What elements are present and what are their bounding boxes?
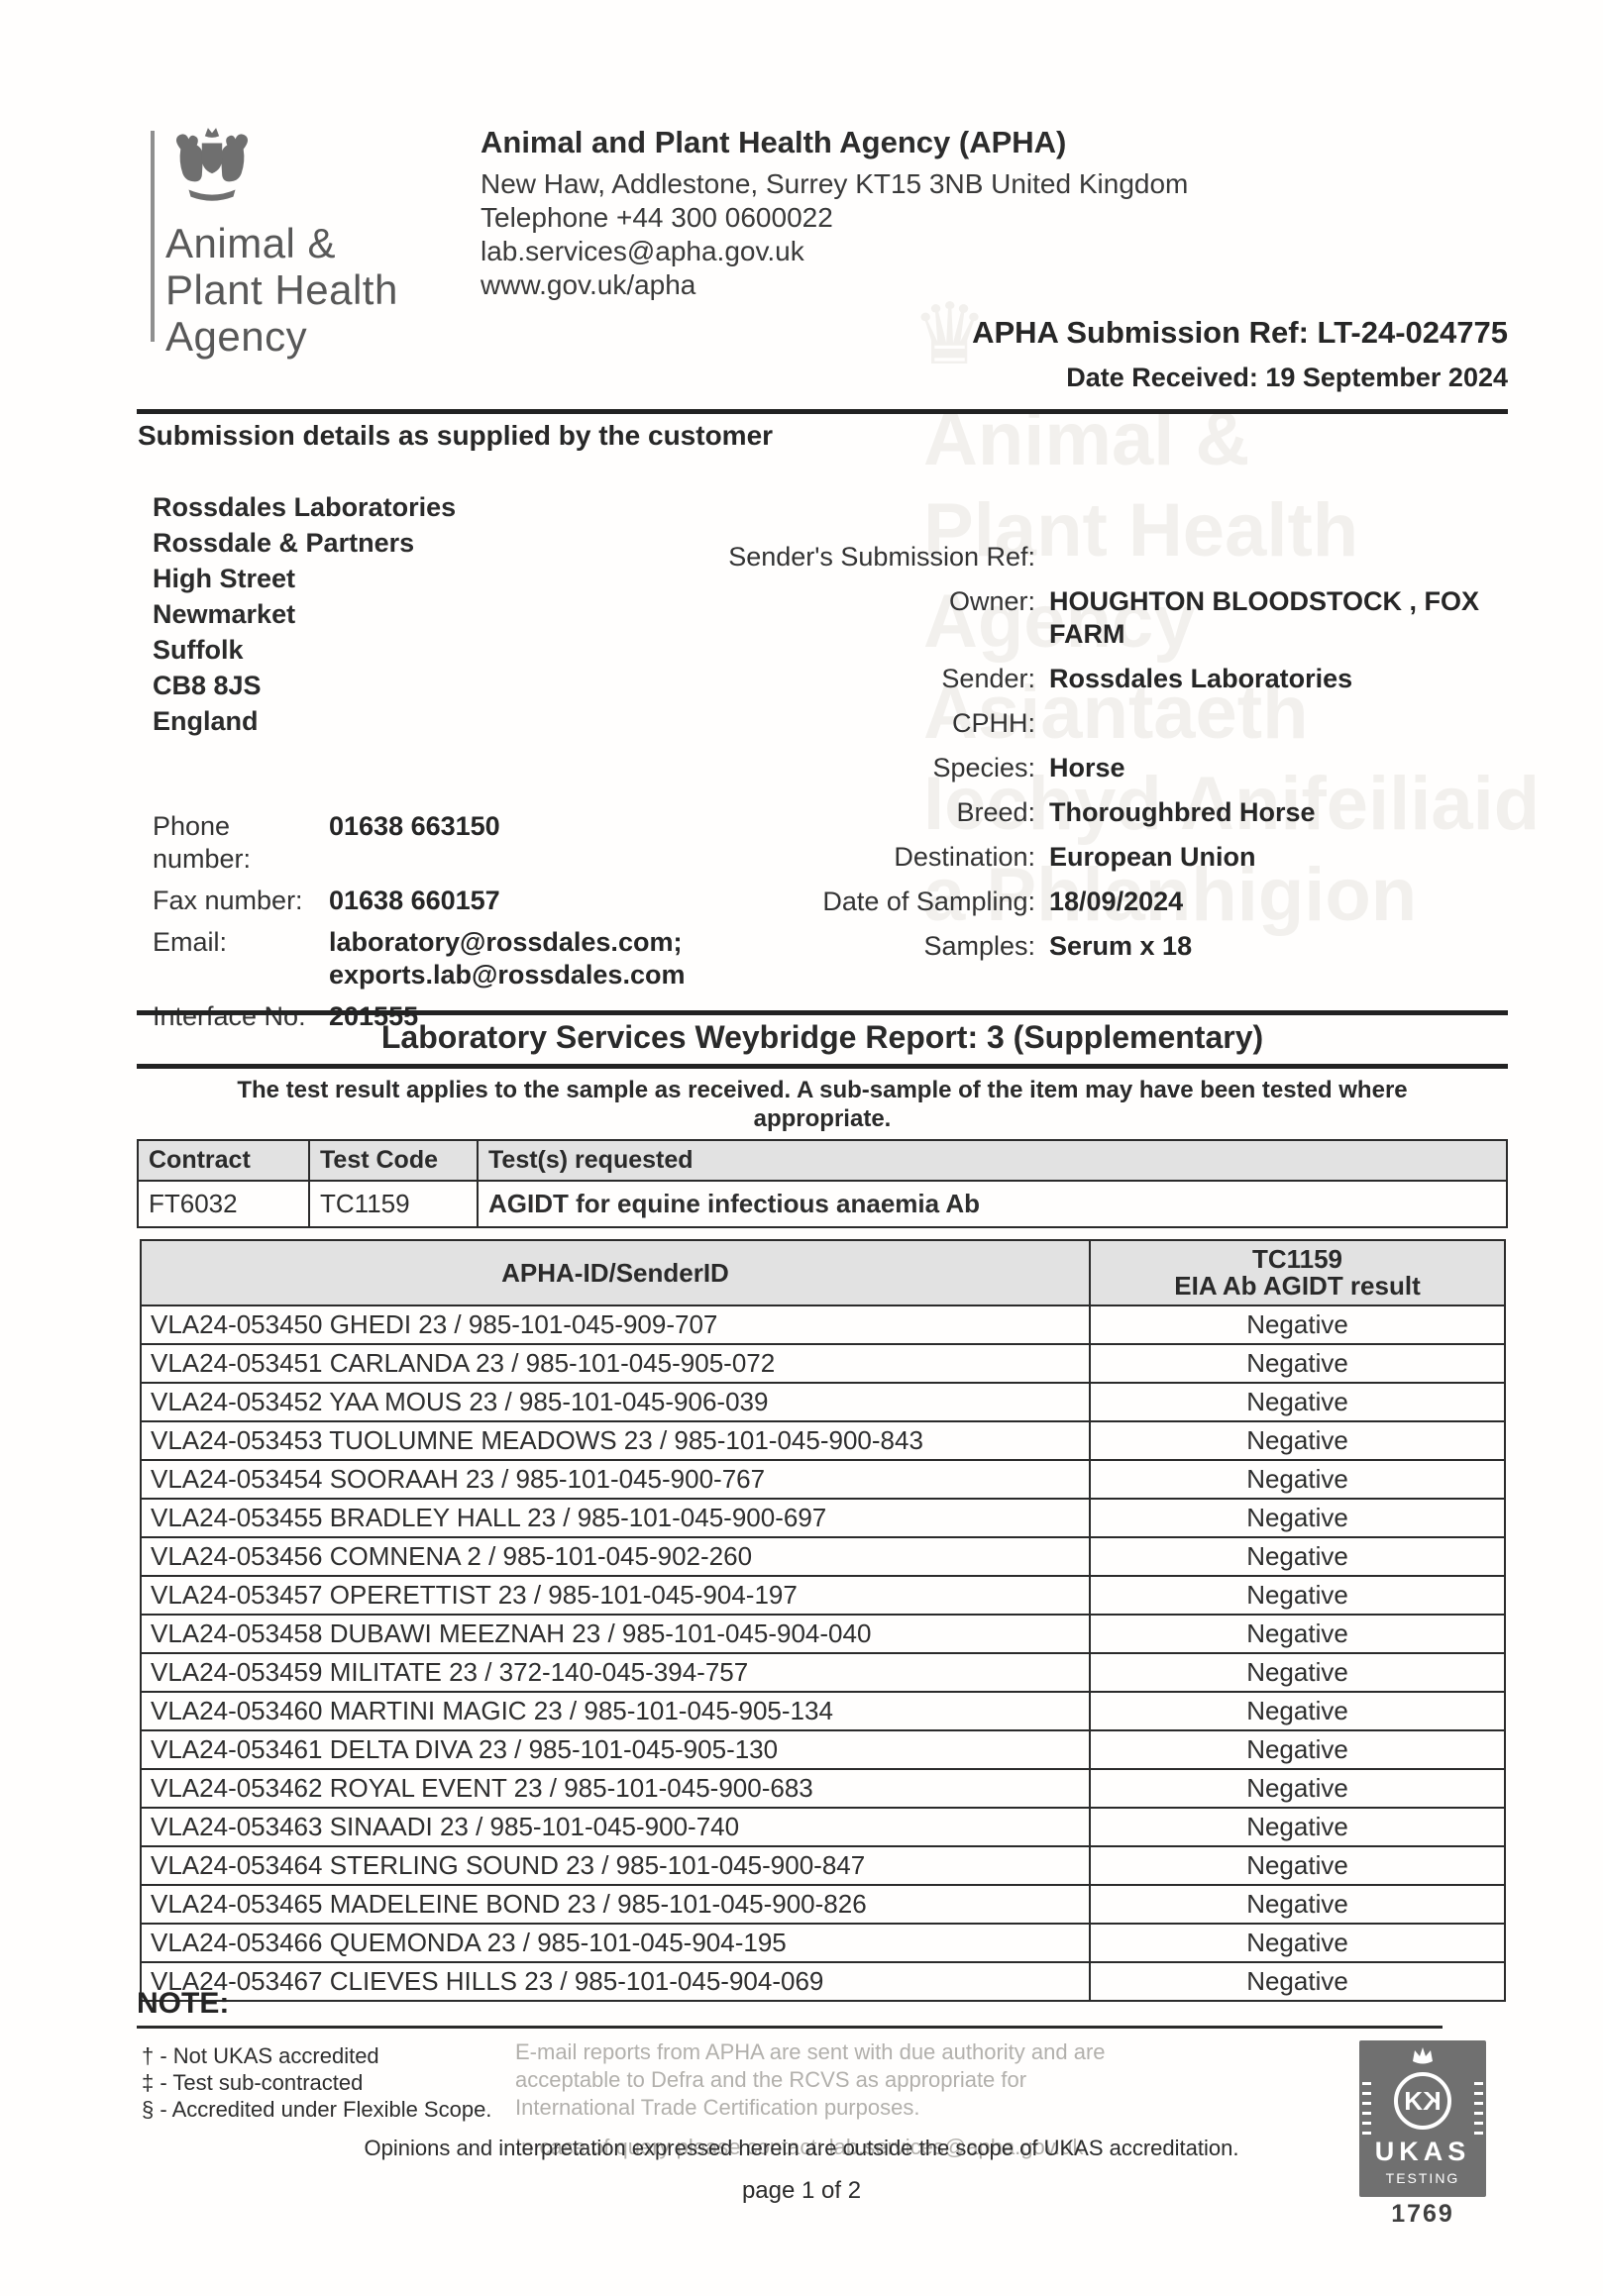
contact-label: Email: <box>153 926 329 991</box>
logo-wordmark-line: Plant Health <box>165 266 398 313</box>
test-code-header: Test Code <box>309 1140 478 1181</box>
submission-section-title: Submission details as supplied by the cu… <box>138 420 773 452</box>
result-row: VLA24-053467 CLIEVES HILLS 23 / 985-101-… <box>141 1962 1505 2001</box>
tests-table-row: FT6032 TC1159 AGIDT for equine infectiou… <box>138 1181 1507 1227</box>
footnote-line: † - Not UKAS accredited <box>142 2042 491 2069</box>
horizontal-rule <box>137 2026 1443 2029</box>
result-row: VLA24-053461 DELTA DIVA 23 / 985-101-045… <box>141 1730 1505 1769</box>
sample-id: VLA24-053455 BRADLEY HALL 23 / 985-101-0… <box>141 1499 1090 1537</box>
detail-row: Date of Sampling: 18/09/2024 <box>535 886 1511 918</box>
result-column-header: TC1159 EIA Ab AGIDT result <box>1090 1240 1505 1305</box>
submission-ref-block: APHA Submission Ref: LT-24-024775 Date R… <box>972 315 1508 393</box>
customer-address-line: Rossdale & Partners <box>153 525 456 561</box>
ukas-mark-icon: K K <box>1392 2070 1453 2137</box>
results-table: APHA-ID/SenderID TC1159 EIA Ab AGIDT res… <box>140 1239 1506 2002</box>
sample-result: Negative <box>1090 1653 1505 1692</box>
customer-address-line: High Street <box>153 561 456 596</box>
logo-divider-bar <box>151 131 155 342</box>
agency-title: Animal and Plant Health Agency (APHA) <box>481 125 1188 160</box>
horizontal-rule <box>137 1010 1508 1015</box>
result-row: VLA24-053462 ROYAL EVENT 23 / 985-101-04… <box>141 1769 1505 1808</box>
ukas-tick-marks <box>1474 2082 1483 2138</box>
results-header-row: APHA-ID/SenderID TC1159 EIA Ab AGIDT res… <box>141 1240 1505 1305</box>
detail-row: Sender: Rossdales Laboratories <box>535 663 1511 695</box>
result-row: VLA24-053454 SOORAAH 23 / 985-101-045-90… <box>141 1460 1505 1499</box>
sample-result: Negative <box>1090 1692 1505 1730</box>
sample-id: VLA24-053451 CARLANDA 23 / 985-101-045-9… <box>141 1344 1090 1383</box>
sample-result: Negative <box>1090 1499 1505 1537</box>
detail-label: Samples: <box>535 930 1049 963</box>
contract-header: Contract <box>138 1140 309 1181</box>
sample-id: VLA24-053463 SINAADI 23 / 985-101-045-90… <box>141 1808 1090 1846</box>
footnotes: † - Not UKAS accredited‡ - Test sub-cont… <box>142 2042 491 2123</box>
detail-label: Owner: <box>535 585 1049 651</box>
footnote-line: § - Accredited under Flexible Scope. <box>142 2096 491 2123</box>
detail-value <box>1049 707 1495 740</box>
detail-value <box>1049 541 1495 574</box>
ukas-crown-icon <box>1359 2045 1486 2072</box>
sample-result: Negative <box>1090 1576 1505 1615</box>
customer-address-line: Rossdales Laboratories <box>153 489 456 525</box>
note-heading: NOTE: <box>137 1987 229 2021</box>
detail-label: Date of Sampling: <box>535 886 1049 918</box>
result-row: VLA24-053464 STERLING SOUND 23 / 985-101… <box>141 1846 1505 1885</box>
detail-value: HOUGHTON BLOODSTOCK , FOX FARM <box>1049 585 1495 651</box>
agency-email: lab.services@apha.gov.uk <box>481 235 1188 268</box>
lab-report-page: ♛ Animal &Plant HealthAgencyAsiantaethIe… <box>0 0 1603 2296</box>
result-row: VLA24-053453 TUOLUMNE MEADOWS 23 / 985-1… <box>141 1421 1505 1460</box>
detail-value: Serum x 18 <box>1049 930 1495 963</box>
result-row: VLA24-053458 DUBAWI MEEZNAH 23 / 985-101… <box>141 1615 1505 1653</box>
result-row: VLA24-053460 MARTINI MAGIC 23 / 985-101-… <box>141 1692 1505 1730</box>
sample-id: VLA24-053466 QUEMONDA 23 / 985-101-045-9… <box>141 1924 1090 1962</box>
detail-label: Sender: <box>535 663 1049 695</box>
detail-row: Owner: HOUGHTON BLOODSTOCK , FOX FARM <box>535 585 1511 651</box>
contact-label: Phone number: <box>153 810 329 876</box>
detail-value: European Union <box>1049 841 1495 874</box>
sample-id: VLA24-053458 DUBAWI MEEZNAH 23 / 985-101… <box>141 1615 1090 1653</box>
date-received: Date Received: 19 September 2024 <box>972 363 1508 393</box>
detail-row: CPHH: <box>535 707 1511 740</box>
contract-value: FT6032 <box>138 1181 309 1227</box>
ukas-logo: K K UKAS TESTING <box>1359 2040 1486 2197</box>
detail-label: Sender's Submission Ref: <box>535 541 1049 574</box>
horizontal-rule <box>137 409 1508 414</box>
sample-id: VLA24-053456 COMNENA 2 / 985-101-045-902… <box>141 1537 1090 1576</box>
sample-id: VLA24-053462 ROYAL EVENT 23 / 985-101-04… <box>141 1769 1090 1808</box>
result-row: VLA24-053451 CARLANDA 23 / 985-101-045-9… <box>141 1344 1505 1383</box>
detail-value: Rossdales Laboratories <box>1049 663 1495 695</box>
watermark-line: Animal & <box>923 394 1540 485</box>
contact-value: 01638 660157 <box>329 885 500 917</box>
royal-crest-icon <box>166 127 258 211</box>
sample-result: Negative <box>1090 1924 1505 1962</box>
sample-id: VLA24-053464 STERLING SOUND 23 / 985-101… <box>141 1846 1090 1885</box>
detail-label: Species: <box>535 752 1049 784</box>
horizontal-rule <box>137 1064 1508 1069</box>
detail-row: Sender's Submission Ref: <box>535 541 1511 574</box>
customer-address-line: Newmarket <box>153 596 456 632</box>
ukas-acronym: UKAS <box>1359 2137 1486 2167</box>
email-notice-paragraph: E-mail reports from APHA are sent with d… <box>515 2038 1149 2122</box>
detail-label: Destination: <box>535 841 1049 874</box>
contact-label: Fax number: <box>153 885 329 917</box>
sample-result: Negative <box>1090 1769 1505 1808</box>
sample-result: Negative <box>1090 1615 1505 1653</box>
result-row: VLA24-053459 MILITATE 23 / 372-140-045-3… <box>141 1653 1505 1692</box>
detail-row: Breed: Thoroughbred Horse <box>535 796 1511 829</box>
customer-address-line: CB8 8JS <box>153 668 456 703</box>
sample-id: VLA24-053457 OPERETTIST 23 / 985-101-045… <box>141 1576 1090 1615</box>
result-row: VLA24-053463 SINAADI 23 / 985-101-045-90… <box>141 1808 1505 1846</box>
result-row: VLA24-053455 BRADLEY HALL 23 / 985-101-0… <box>141 1499 1505 1537</box>
ukas-testing-label: TESTING <box>1359 2170 1486 2186</box>
detail-label: CPHH: <box>535 707 1049 740</box>
sample-id: VLA24-053465 MADELEINE BOND 23 / 985-101… <box>141 1885 1090 1924</box>
customer-address-line: England <box>153 703 456 739</box>
sample-id: VLA24-053461 DELTA DIVA 23 / 985-101-045… <box>141 1730 1090 1769</box>
sample-result: Negative <box>1090 1808 1505 1846</box>
sample-result: Negative <box>1090 1383 1505 1421</box>
ukas-tick-marks <box>1362 2082 1371 2138</box>
logo-wordmark-line: Animal & <box>165 220 398 266</box>
detail-row: Species: Horse <box>535 752 1511 784</box>
result-row: VLA24-053450 GHEDI 23 / 985-101-045-909-… <box>141 1305 1505 1344</box>
sample-result: Negative <box>1090 1421 1505 1460</box>
agency-website: www.gov.uk/apha <box>481 268 1188 302</box>
detail-row: Destination: European Union <box>535 841 1511 874</box>
sample-result: Negative <box>1090 1885 1505 1924</box>
sample-id: VLA24-053454 SOORAAH 23 / 985-101-045-90… <box>141 1460 1090 1499</box>
ukas-accreditation-number: 1769 <box>1359 2200 1486 2229</box>
agency-contact-block: Animal and Plant Health Agency (APHA) Ne… <box>481 125 1188 302</box>
test-name-value: AGIDT for equine infectious anaemia Ab <box>478 1181 1507 1227</box>
result-row: VLA24-053457 OPERETTIST 23 / 985-101-045… <box>141 1576 1505 1615</box>
result-row: VLA24-053456 COMNENA 2 / 985-101-045-902… <box>141 1537 1505 1576</box>
result-header-test-name: EIA Ab AGIDT result <box>1095 1273 1500 1300</box>
detail-value: Thoroughbred Horse <box>1049 796 1495 829</box>
detail-value: Horse <box>1049 752 1495 784</box>
agency-telephone: Telephone +44 300 0600022 <box>481 201 1188 235</box>
result-row: VLA24-053452 YAA MOUS 23 / 985-101-045-9… <box>141 1383 1505 1421</box>
detail-value: 18/09/2024 <box>1049 886 1495 918</box>
report-title: Laboratory Services Weybridge Report: 3 … <box>137 1019 1508 1056</box>
footnote-line: ‡ - Test sub-contracted <box>142 2069 491 2096</box>
tests-requested-header: Test(s) requested <box>478 1140 1507 1181</box>
sample-result: Negative <box>1090 1344 1505 1383</box>
logo-wordmark: Animal &Plant HealthAgency <box>165 220 398 360</box>
result-row: VLA24-053465 MADELEINE BOND 23 / 985-101… <box>141 1885 1505 1924</box>
sample-result: Negative <box>1090 1846 1505 1885</box>
sample-result: Negative <box>1090 1730 1505 1769</box>
sample-result: Negative <box>1090 1962 1505 2001</box>
agency-address: New Haw, Addlestone, Surrey KT15 3NB Uni… <box>481 167 1188 201</box>
sample-id: VLA24-053460 MARTINI MAGIC 23 / 985-101-… <box>141 1692 1090 1730</box>
svg-text:K: K <box>1404 2086 1423 2116</box>
svg-text:K: K <box>1423 2086 1442 2116</box>
sample-result: Negative <box>1090 1305 1505 1344</box>
tests-table: Contract Test Code Test(s) requested FT6… <box>137 1139 1508 1228</box>
tests-table-header-row: Contract Test Code Test(s) requested <box>138 1140 1507 1181</box>
result-header-test-code: TC1159 <box>1095 1246 1500 1273</box>
detail-label: Breed: <box>535 796 1049 829</box>
sample-result: Negative <box>1090 1537 1505 1576</box>
contact-value: 01638 663150 <box>329 810 500 876</box>
result-row: VLA24-053466 QUEMONDA 23 / 985-101-045-9… <box>141 1924 1505 1962</box>
sample-id: VLA24-053467 CLIEVES HILLS 23 / 985-101-… <box>141 1962 1090 2001</box>
sample-id: VLA24-053450 GHEDI 23 / 985-101-045-909-… <box>141 1305 1090 1344</box>
id-column-header: APHA-ID/SenderID <box>141 1240 1090 1305</box>
sample-id: VLA24-053453 TUOLUMNE MEADOWS 23 / 985-1… <box>141 1421 1090 1460</box>
detail-row: Samples: Serum x 18 <box>535 930 1511 963</box>
sample-result: Negative <box>1090 1460 1505 1499</box>
submission-details: Sender's Submission Ref: Owner: HOUGHTON… <box>535 541 1511 975</box>
sample-id: VLA24-053452 YAA MOUS 23 / 985-101-045-9… <box>141 1383 1090 1421</box>
test-code-value: TC1159 <box>309 1181 478 1227</box>
sample-id: VLA24-053459 MILITATE 23 / 372-140-045-3… <box>141 1653 1090 1692</box>
report-note: The test result applies to the sample as… <box>198 1076 1446 1133</box>
logo-wordmark-line: Agency <box>165 313 398 360</box>
customer-address-line: Suffolk <box>153 632 456 668</box>
apha-submission-ref: APHA Submission Ref: LT-24-024775 <box>972 315 1508 351</box>
customer-address: Rossdales LaboratoriesRossdale & Partner… <box>153 489 456 739</box>
